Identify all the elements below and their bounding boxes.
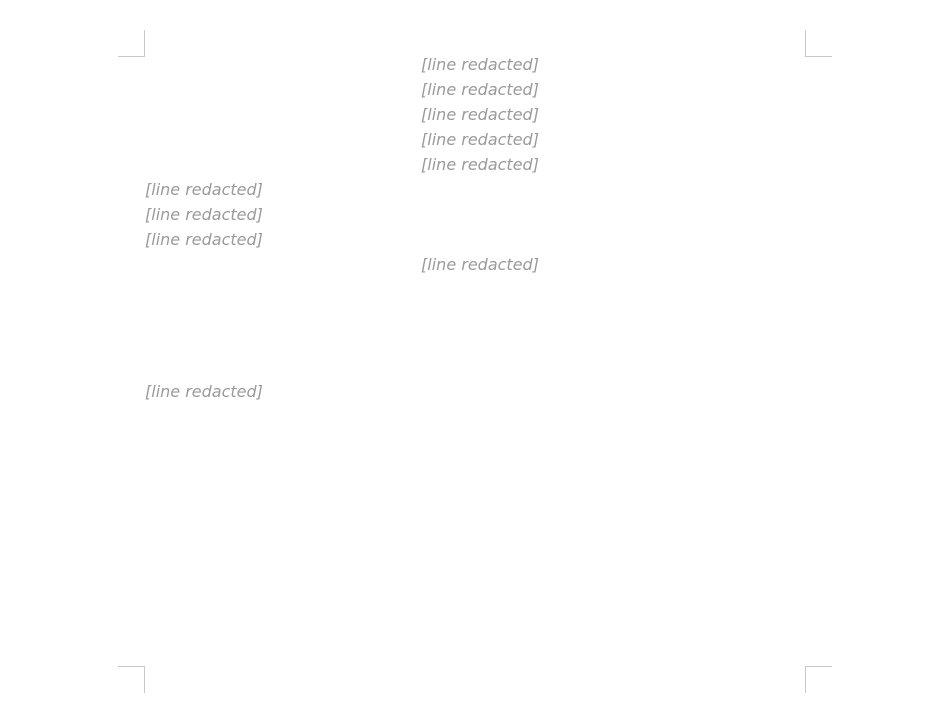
text-line: [line redacted] <box>145 252 815 277</box>
text-line: [line redacted] <box>145 52 815 77</box>
text-line: [line redacted] <box>145 102 815 127</box>
text-line: [line redacted] <box>145 227 815 252</box>
text-line: [line redacted] <box>145 127 815 152</box>
text-line: [line redacted] <box>145 202 815 227</box>
text-line: [line redacted] <box>145 152 815 177</box>
page-corner-mark <box>118 666 145 693</box>
text-line: [line redacted] <box>145 77 815 102</box>
page-corner-mark <box>118 30 145 57</box>
standalone-text-line: [line redacted] <box>145 382 263 401</box>
page-corner-mark <box>805 666 832 693</box>
document-text-block: [line redacted] [line redacted] [line re… <box>145 52 815 277</box>
text-line: [line redacted] <box>145 177 815 202</box>
